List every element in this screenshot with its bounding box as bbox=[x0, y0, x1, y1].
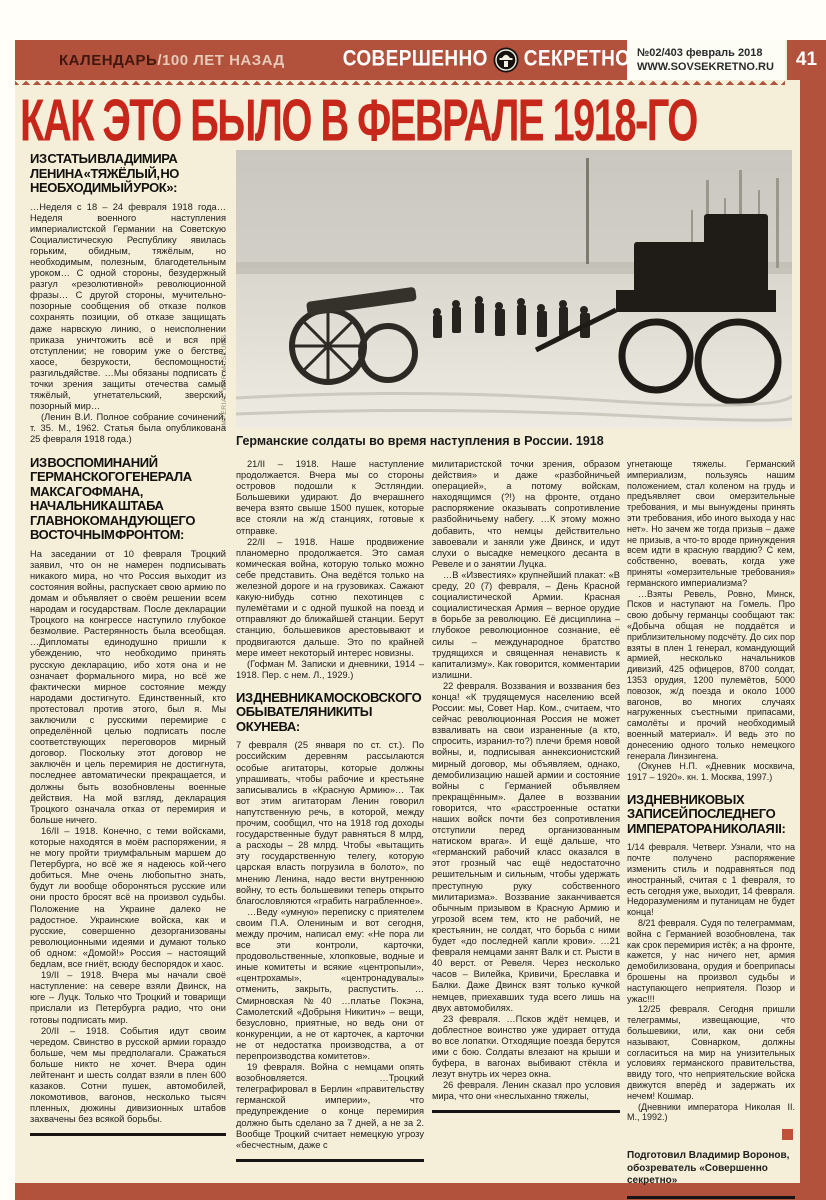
article-paragraph: 26 февраля. Ленин сказал про условия мир… bbox=[432, 1080, 620, 1102]
article-paragraph: угнетающе тяжелы. Германский империализм… bbox=[627, 459, 795, 589]
article-paragraph: 1/14 февраля. Четверг. Узнали, что на по… bbox=[627, 842, 795, 918]
photo-caption: Германские солдаты во время наступления … bbox=[236, 434, 792, 448]
source-citation: (Окунев Н.П. «Дневник москвича, 1917 – 1… bbox=[627, 761, 795, 783]
section-heading: ИЗ СТАТЬИ ВЛАДИМИРА ЛЕНИНА «ТЯЖЁЛЫЙ, НО … bbox=[30, 152, 226, 196]
article-column-1: ИЗ СТАТЬИ ВЛАДИМИРА ЛЕНИНА «ТЯЖЁЛЫЙ, НО … bbox=[30, 152, 226, 1136]
photo-illustration bbox=[236, 150, 792, 428]
article-paragraph: 19/II – 1918. Вчера мы начали своё насту… bbox=[30, 970, 226, 1025]
article-paragraph: 8/21 февраля. Судя по телеграммам, война… bbox=[627, 918, 795, 1004]
article-paragraph: 7 февраля (25 января по ст. ст.). По рос… bbox=[236, 740, 424, 906]
article-paragraph: 16/II – 1918. Конечно, с теми войсками, … bbox=[30, 826, 226, 970]
author-credit: Подготовил Владимир Воронов, обозревател… bbox=[627, 1150, 795, 1188]
column-end-rule bbox=[236, 1159, 424, 1162]
article-column-3: милитаристской точки зрения, образом дей… bbox=[432, 459, 620, 1113]
article-paragraph: 23 февраля. …Псков ждёт немцев, и доблес… bbox=[432, 1014, 620, 1081]
spy-emblem-icon bbox=[493, 47, 519, 73]
article-paragraph: 12/25 февраля. Сегодня пришли телеграммы… bbox=[627, 1004, 795, 1101]
section-heading: ИЗ ДНЕВНИКОВЫХ ЗАПИСЕЙ ПОСЛЕДНЕГО ИМПЕРА… bbox=[627, 793, 795, 837]
source-citation: (Ленин В.И. Полное собрание сочинений, т… bbox=[30, 412, 226, 445]
newspaper-page: КАЛЕНДАРЬ/100 ЛЕТ НАЗАД СОВЕРШЕННО СЕКРЕ… bbox=[0, 0, 826, 1200]
section-kicker: КАЛЕНДАРЬ/100 ЛЕТ НАЗАД bbox=[15, 52, 285, 69]
issue-info-box: №02/403 февраль 2018 WWW.SOVSEKRETNO.RU bbox=[627, 40, 785, 80]
newspaper-logo: СОВЕРШЕННО СЕКРЕТНО bbox=[343, 47, 631, 73]
article-paragraph: …Неделя с 18 – 24 февраля 1918 года… Нед… bbox=[30, 202, 226, 413]
article-paragraph: 22/II – 1918. Наше продвижение планомерн… bbox=[236, 537, 424, 659]
website-url: WWW.SOVSEKRETNO.RU bbox=[637, 60, 785, 74]
article-paragraph: 21/II – 1918. Наше наступление продолжае… bbox=[236, 459, 424, 537]
article-end-marker bbox=[782, 1129, 793, 1140]
logo-word-left: СОВЕРШЕННО bbox=[343, 47, 488, 72]
kicker-subtitle: /100 ЛЕТ НАЗАД bbox=[157, 52, 284, 69]
logo-word-right: СЕКРЕТНО bbox=[524, 47, 631, 72]
kicker-title: КАЛЕНДАРЬ bbox=[59, 52, 157, 69]
article-paragraph: 19 февраля. Война с немцами опять возобн… bbox=[236, 1062, 424, 1151]
article-paragraph: 20/II – 1918. События идут своим чередом… bbox=[30, 1026, 226, 1126]
article-paragraph: 22 февраля. Воззвания и воззвания без ко… bbox=[432, 681, 620, 1014]
section-heading: ИЗ ВОСПОМИНАНИЙ ГЕРМАНСКОГО ГЕНЕРАЛА МАК… bbox=[30, 456, 226, 543]
main-headline: КАК ЭТО БЫЛО В ФЕВРАЛЕ 1918-ГО bbox=[20, 86, 772, 154]
article-paragraph: …Веду «умную» переписку с приятелем свои… bbox=[236, 907, 424, 1062]
column-end-rule bbox=[432, 1110, 620, 1113]
article-column-4: угнетающе тяжелы. Германский империализм… bbox=[627, 459, 795, 1199]
source-citation: (Гофман М. Записки и дневники, 1914 – 19… bbox=[236, 659, 424, 681]
article-photo bbox=[236, 150, 792, 428]
section-heading: ИЗ ДНЕВНИКА МОСКОВСКОГО ОБЫВАТЕЛЯ НИКИТЫ… bbox=[236, 691, 424, 735]
masthead-bar: КАЛЕНДАРЬ/100 ЛЕТ НАЗАД СОВЕРШЕННО СЕКРЕ… bbox=[15, 40, 785, 80]
page-number: 41 bbox=[787, 40, 826, 80]
right-red-rail bbox=[800, 40, 826, 1200]
column-end-rule bbox=[30, 1133, 226, 1136]
article-paragraph: милитаристской точки зрения, образом дей… bbox=[432, 459, 620, 570]
column-end-rule bbox=[627, 1196, 795, 1199]
article-paragraph: На заседании от 10 февраля Троцкий заяви… bbox=[30, 549, 226, 826]
issue-number: №02/403 февраль 2018 bbox=[637, 46, 785, 60]
source-citation: (Дневники императора Николая II. М., 199… bbox=[627, 1102, 795, 1124]
article-column-2: 21/II – 1918. Наше наступление продолжае… bbox=[236, 459, 424, 1162]
article-paragraph: …В «Известиях» крупнейший плакат: «В сре… bbox=[432, 570, 620, 681]
article-paragraph: …Взяты Ревель, Ровно, Минск, Псков и нас… bbox=[627, 589, 795, 762]
